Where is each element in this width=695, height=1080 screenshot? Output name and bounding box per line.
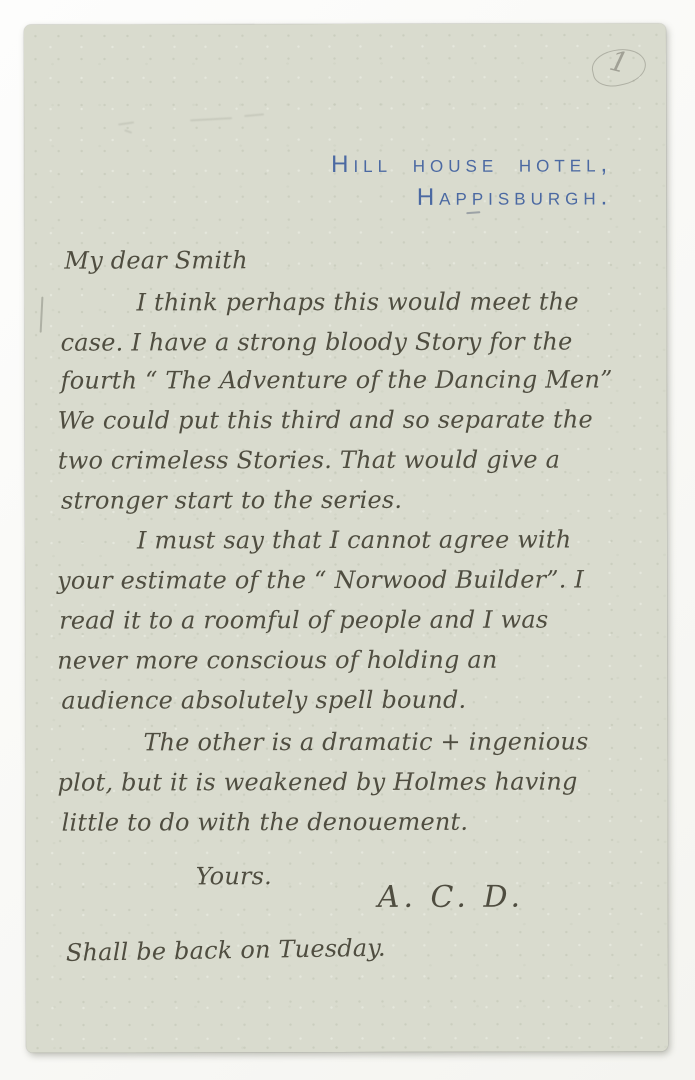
- letter-line: never more conscious of holding an: [57, 646, 497, 675]
- photo-backdrop: 1 Hill House Hotel, Happisburgh. My dear…: [0, 0, 695, 1080]
- letter-line: The other is a dramatic + ingenious: [143, 727, 588, 756]
- signature: A. C. D.: [378, 880, 524, 915]
- letter-line: stronger start to the series.: [61, 486, 402, 515]
- letter-line: read it to a roomful of people and I was: [59, 606, 548, 635]
- letter-line: plot, but it is weakened by Holmes havin…: [57, 768, 577, 797]
- letterhead-town-name: Happisburgh.: [331, 180, 612, 214]
- letter-line: audience absolutely spell bound.: [61, 686, 466, 715]
- letterhead: Hill House Hotel, Happisburgh.: [331, 147, 612, 214]
- letterhead-hotel-name: Hill House Hotel,: [331, 147, 612, 181]
- page-number-annotation: 1: [582, 35, 656, 97]
- letter-line: We could put this third and so separate …: [58, 405, 593, 434]
- letter-line: fourth “ The Adventure of the Dancing Me…: [61, 365, 613, 394]
- salutation: My dear Smith: [64, 246, 247, 274]
- letter-paper: 1 Hill House Hotel, Happisburgh. My dear…: [24, 23, 668, 1052]
- margin-pencil-tick: [40, 297, 44, 333]
- letter-line: case. I have a strong bloody Story for t…: [61, 328, 573, 357]
- letterhead-underline-dash: [466, 211, 480, 214]
- letter-line: two crimeless Stories. That would give a: [58, 446, 560, 475]
- postscript: Shall be back on Tuesday.: [66, 934, 386, 967]
- letter-line: I think perhaps this would meet the: [136, 288, 578, 317]
- erased-pencil-marks: [94, 100, 294, 150]
- letter-line: little to do with the denouement.: [62, 808, 469, 837]
- letter-line: I must say that I cannot agree with: [137, 526, 571, 555]
- closing: Yours.: [196, 862, 272, 890]
- letter-line: your estimate of the “ Norwood Builder”.…: [57, 566, 584, 595]
